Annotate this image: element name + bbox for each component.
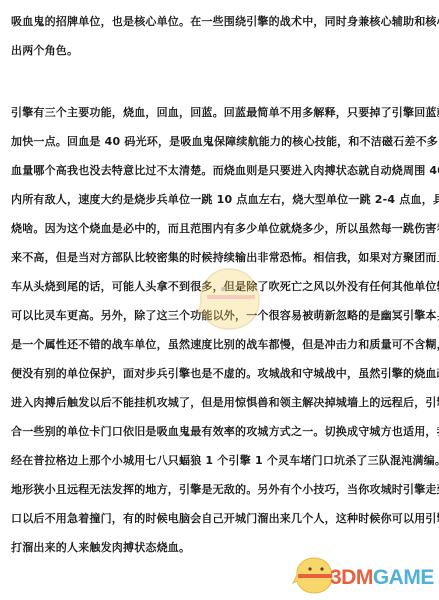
- text-line: 地形狭小且远程无法发挥的地方，引擎是无敌的。另外有个小技巧，当你攻城时引擎走到门: [11, 480, 431, 509]
- 3dmgame-logo: 3DMGAME: [292, 555, 432, 595]
- text-line: 出两个角色。: [11, 41, 431, 70]
- text-line: 是一个属性还不错的战车单位，虽然速度比别的战车都慢，但是冲击力和质量可不含糊，即: [11, 335, 431, 364]
- text-line: 加快一点。回血是 40 码光环，是吸血鬼保障续航能力的核心技能，和不洁磁石差不多…: [11, 132, 431, 161]
- text-line: 内所有敌人，速度大约是烧步兵单位一跳 10 点血左右，烧大型单位一跳 2-4 点…: [11, 190, 431, 219]
- logo-wordmark: 3DMGAME: [330, 566, 434, 590]
- watermark-mascot-icon: [195, 265, 263, 333]
- 3dm-chick-mascot-icon: [292, 555, 334, 595]
- text-line: 引擎有三个主要功能，烧血，回血，回蓝。回蓝最简单不用多解释，只要掉了引擎回蓝就会: [11, 103, 431, 132]
- text-line: 口以后不用急着撞门，有的时候电脑会自己开城门溜出来几个人，这种时候你可以用引擎先: [11, 509, 431, 538]
- text-line: 吸血鬼的招牌单位，也是核心单位。在一些围绕引擎的战术中，同时身兼核心辅助和核心输: [11, 12, 431, 41]
- text-line: 合一些别的单位卡门口依旧是吸血鬼最有效率的攻城方式之一。切换成守城方也适用，我曾: [11, 422, 431, 451]
- text-line: 便没有别的单位保护，面对步兵引擎也是不虚的。攻城战和守城战中，虽然引擎的烧血改成: [11, 364, 431, 393]
- paragraph-gap: [11, 70, 431, 103]
- paragraph-intro: 吸血鬼的招牌单位，也是核心单位。在一些围绕引擎的战术中，同时身兼核心辅助和核心输…: [11, 12, 431, 70]
- text-line: 血量哪个高我也没去特意比过不太清楚。而烧血则是只要进入肉搏状态就自动烧周围 40…: [11, 161, 431, 190]
- paragraph-engine-functions: 引擎有三个主要功能，烧血，回血，回蓝。回蓝最简单不用多解释，只要掉了引擎回蓝就会…: [11, 103, 431, 567]
- text-line: 经在普拉格边上那个小城用七八只蝠狼 1 个引擎 1 个灵车堵门口坑杀了三队混沌满…: [11, 451, 431, 480]
- text-line: 烧啥。因为这个烧血是必中的，而且范围内有多少单位就烧多少，所以虽然每一跳伤害看起: [11, 219, 431, 248]
- text-line: 进入肉搏后触发以后不能挂机攻城了，但是用惊惧兽和领主解决掉城墙上的远程后，引擎配: [11, 393, 431, 422]
